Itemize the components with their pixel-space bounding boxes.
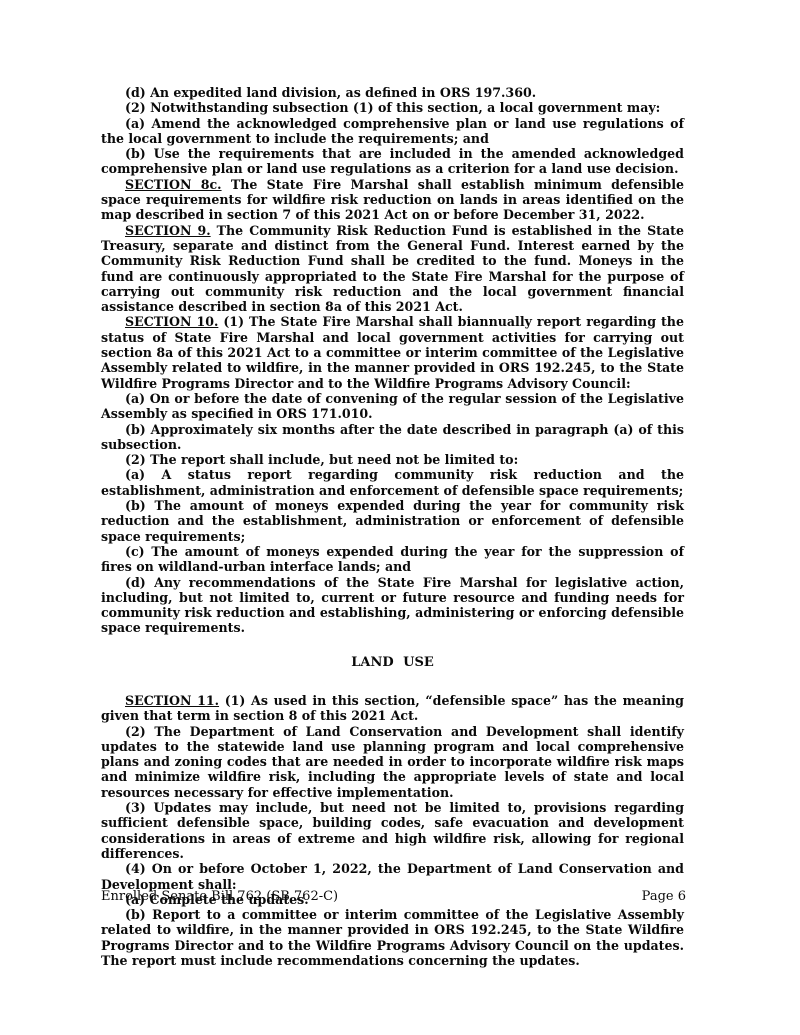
bill-paragraph: (b) Approximately six months after the d…	[101, 422, 684, 453]
bill-text-column: (d) An expedited land division, as defin…	[101, 85, 684, 968]
bill-paragraph: (a) Amend the acknowledged comprehensive…	[101, 116, 684, 147]
section-label: SECTION 9.	[125, 223, 211, 238]
bill-paragraph: (b) Use the requirements that are includ…	[101, 146, 684, 177]
section-label: SECTION 8c.	[125, 177, 222, 192]
bill-paragraph: (4) On or before October 1, 2022, the De…	[101, 861, 684, 892]
bill-paragraph: (b) Report to a committee or interim com…	[101, 907, 684, 968]
bill-paragraph: (3) Updates may include, but need not be…	[101, 800, 684, 861]
section-label: SECTION 10.	[125, 314, 218, 329]
section-paragraph: SECTION 11. (1) As used in this section,…	[101, 693, 684, 724]
footer-bill-title: Enrolled Senate Bill 762 (SB 762-C)	[101, 889, 338, 904]
bill-page: (d) An expedited land division, as defin…	[0, 0, 800, 1035]
bill-paragraph: (a) A status report regarding community …	[101, 467, 684, 498]
bill-paragraph: (2) The Department of Land Conservation …	[101, 724, 684, 800]
bill-paragraph: (2) Notwithstanding subsection (1) of th…	[101, 100, 684, 115]
land-use-heading: LAND USE	[101, 655, 684, 670]
bill-paragraph: (2) The report shall include, but need n…	[101, 452, 684, 467]
section-paragraph: SECTION 9. The Community Risk Reduction …	[101, 223, 684, 315]
bill-paragraph: (d) An expedited land division, as defin…	[101, 85, 684, 100]
bill-paragraph: (c) The amount of moneys expended during…	[101, 544, 684, 575]
section-paragraph: SECTION 10. (1) The State Fire Marshal s…	[101, 314, 684, 390]
bill-paragraph: (b) The amount of moneys expended during…	[101, 498, 684, 544]
section-label: SECTION 11.	[125, 693, 219, 708]
bill-paragraph: (a) On or before the date of convening o…	[101, 391, 684, 422]
footer-page-number: Page 6	[642, 889, 686, 904]
page-footer: Enrolled Senate Bill 762 (SB 762-C) Page…	[101, 889, 686, 904]
section-paragraph: SECTION 8c. The State Fire Marshal shall…	[101, 177, 684, 223]
bill-paragraph: (d) Any recommendations of the State Fir…	[101, 575, 684, 636]
